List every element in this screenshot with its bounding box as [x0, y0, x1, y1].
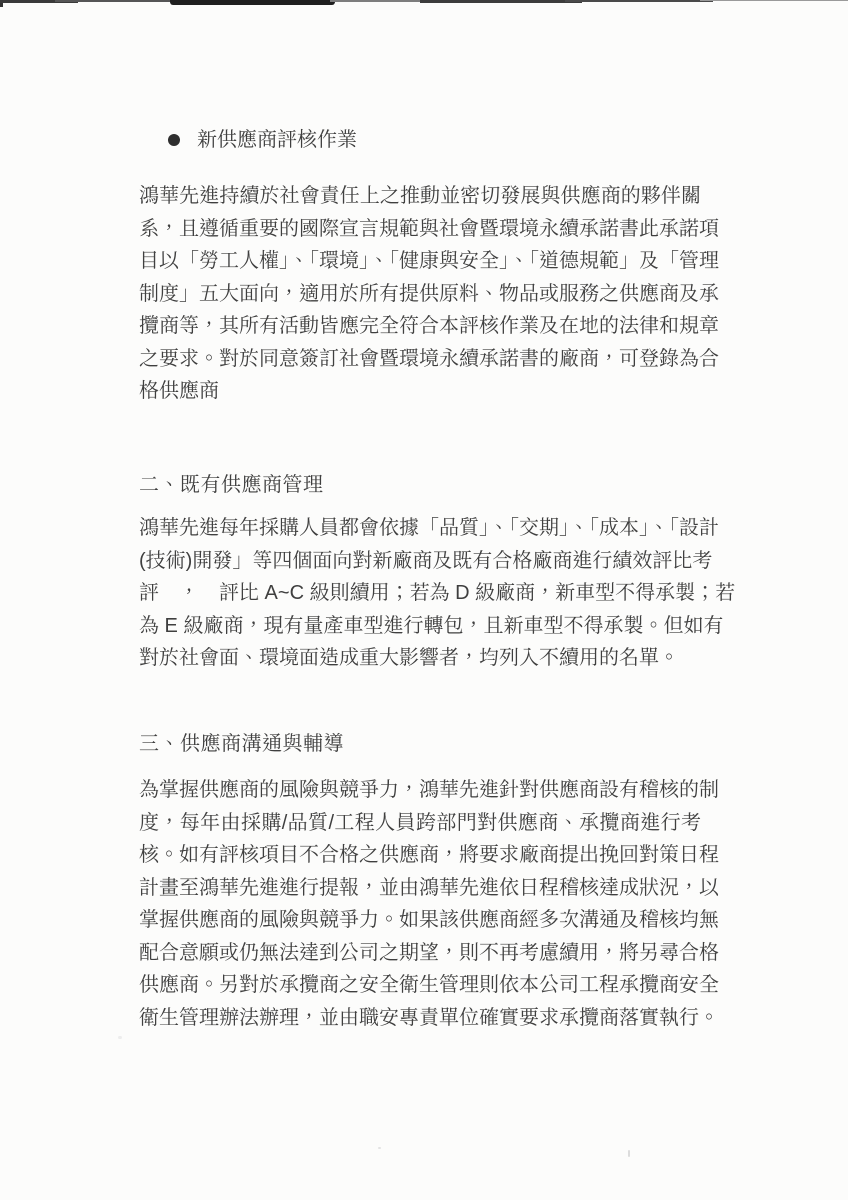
text-line: 為 E 級廠商，現有量產車型進行轉包，且新車型不得承製。但如有 — [139, 610, 701, 643]
section-heading-existing-supplier-management: 二、既有供應商管理 — [139, 469, 701, 502]
scan-speck — [118, 1036, 122, 1039]
scan-edge-artifact — [0, 0, 848, 10]
paragraph-new-supplier-evaluation: 鴻華先進持續於社會責任上之推動並密切發展與供應商的夥伴關 系，且遵循重要的國際宣… — [139, 180, 701, 408]
text-line: 制度」五大面向，適用於所有提供原料、物品或服務之供應商及承 — [139, 278, 701, 311]
scan-speck — [378, 1147, 381, 1149]
scan-edge-segment — [700, 0, 848, 1]
text-line: 攬商等，其所有活動皆應完全符合本評核作業及在地的法律和規章 — [139, 310, 701, 343]
text-line: 衛生管理辦法辦理，並由職安專責單位確實要求承攬商落實執行。 — [139, 1002, 701, 1035]
text-line: 核。如有評核項目不合格之供應商，將要求廠商提出挽回對策日程 — [139, 839, 701, 872]
text-line: 鴻華先進持續於社會責任上之推動並密切發展與供應商的夥伴關 — [139, 180, 701, 213]
text-line: 目以「勞工人權」、「環境」、「健康與安全」、「道德規範」及「管理 — [139, 245, 701, 278]
text-line: 配合意願或仍無法達到公司之期望，則不再考慮續用，將另尋合格 — [139, 937, 701, 970]
text-line: 計畫至鴻華先進進行提報，並由鴻華先進依日程稽核達成狀況，以 — [139, 872, 701, 905]
text-line: 評 ， 評比 A~C 級則續用；若為 D 級廠商，新車型不得承製；若 — [139, 577, 701, 610]
text-line: 掌握供應商的風險與競爭力。如果該供應商經多次溝通及稽核均無 — [139, 904, 701, 937]
text-line: 度，每年由採購/品質/工程人員跨部門對供應商、承攬商進行考 — [139, 807, 701, 840]
scan-edge-segment — [420, 0, 582, 3]
scanned-document-page: 新供應商評核作業 鴻華先進持續於社會責任上之推動並密切發展與供應商的夥伴關 系，… — [0, 0, 848, 1200]
scan-edge-segment — [330, 0, 430, 2]
text-line: (技術)開發」等四個面向對新廠商及既有合格廠商進行績效評比考 — [139, 545, 701, 578]
scan-speck — [628, 1150, 630, 1157]
paragraph-supplier-communication: 為掌握供應商的風險與競爭力，鴻華先進針對供應商設有稽核的制 度，每年由採購/品質… — [139, 774, 701, 1034]
bullet-heading-text: 新供應商評核作業 — [197, 127, 357, 153]
text-line: 之要求。對於同意簽訂社會暨環境永續承諾書的廠商，可登錄為合 — [139, 343, 701, 376]
bullet-heading: 新供應商評核作業 — [168, 127, 357, 153]
text-line: 格供應商 — [139, 375, 701, 408]
text-line: 供應商。另對於承攬商之安全衛生管理則依本公司工程承攬商安全 — [139, 969, 701, 1002]
paragraph-existing-supplier-management: 鴻華先進每年採購人員都會依據「品質」、「交期」、「成本」、「設計 (技術)開發」… — [139, 512, 701, 675]
scan-edge-segment — [170, 0, 335, 5]
bullet-icon — [168, 134, 180, 146]
text-line: 鴻華先進每年採購人員都會依據「品質」、「交期」、「成本」、「設計 — [139, 512, 701, 545]
scan-edge-segment — [55, 0, 180, 2]
section-heading-supplier-communication: 三、供應商溝通與輔導 — [139, 728, 701, 761]
text-line: 系，且遵循重要的國際宣言規範與社會暨環境永續承諾書此承諾項 — [139, 213, 701, 246]
scan-edge-segment — [565, 0, 713, 2]
text-line: 為掌握供應商的風險與競爭力，鴻華先進針對供應商設有稽核的制 — [139, 774, 701, 807]
text-line: 對於社會面、環境面造成重大影響者，均列入不續用的名單。 — [139, 642, 701, 675]
